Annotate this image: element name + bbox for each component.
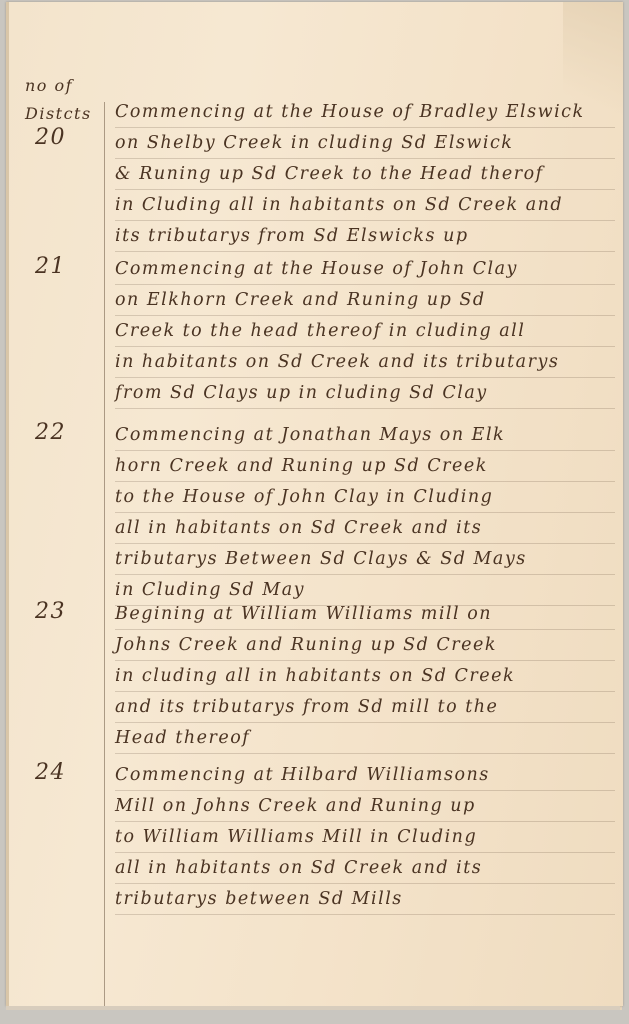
column-header-line-2: Distcts xyxy=(25,100,92,128)
description-line: Begining at William Williams mill on xyxy=(115,599,615,630)
description-line: tributarys Between Sd Clays & Sd Mays xyxy=(115,544,615,575)
description-line: on Elkhorn Creek and Runing up Sd xyxy=(115,285,615,316)
district-description: Commencing at the House of John Clay on … xyxy=(115,254,615,409)
description-line: Head thereof xyxy=(115,723,615,754)
description-line: from Sd Clays up in cluding Sd Clay xyxy=(115,378,615,409)
district-number: 23 xyxy=(35,599,66,624)
description-line: Commencing at the House of Bradley Elswi… xyxy=(115,97,615,128)
district-number: 21 xyxy=(35,254,66,279)
description-line: all in habitants on Sd Creek and its xyxy=(115,853,615,884)
page-bottom-edge xyxy=(6,1006,620,1010)
margin-rule xyxy=(104,102,105,1006)
description-line: tributarys between Sd Mills xyxy=(115,884,615,915)
description-line: on Shelby Creek in cluding Sd Elswick xyxy=(115,128,615,159)
description-line: & Runing up Sd Creek to the Head therof xyxy=(115,159,615,190)
description-line: in cluding all in habitants on Sd Creek xyxy=(115,661,615,692)
description-line: Commencing at Jonathan Mays on Elk xyxy=(115,420,615,451)
description-line: its tributarys from Sd Elswicks up xyxy=(115,221,615,252)
description-line: in habitants on Sd Creek and its tributa… xyxy=(115,347,615,378)
district-number: 24 xyxy=(35,760,66,785)
description-line: and its tributarys from Sd mill to the xyxy=(115,692,615,723)
description-line: to the House of John Clay in Cluding xyxy=(115,482,615,513)
description-line: Commencing at the House of John Clay xyxy=(115,254,615,285)
column-header: no of Distcts xyxy=(25,72,92,128)
district-description: Commencing at Hilbard Williamsons Mill o… xyxy=(115,760,615,915)
description-line: horn Creek and Runing up Sd Creek xyxy=(115,451,615,482)
column-header-line-1: no of xyxy=(25,72,92,100)
district-description: Commencing at the House of Bradley Elswi… xyxy=(115,97,615,252)
district-description: Commencing at Jonathan Mays on Elk horn … xyxy=(115,420,615,606)
description-line: Mill on Johns Creek and Runing up xyxy=(115,791,615,822)
manuscript-page: no of Distcts 20 Commencing at the House… xyxy=(6,2,623,1006)
description-line: Johns Creek and Runing up Sd Creek xyxy=(115,630,615,661)
district-number: 20 xyxy=(35,125,66,150)
description-line: Creek to the head thereof in cluding all xyxy=(115,316,615,347)
description-line: Commencing at Hilbard Williamsons xyxy=(115,760,615,791)
description-line: all in habitants on Sd Creek and its xyxy=(115,513,615,544)
description-line: to William Williams Mill in Cluding xyxy=(115,822,615,853)
district-description: Begining at William Williams mill on Joh… xyxy=(115,599,615,754)
district-number: 22 xyxy=(35,420,66,445)
description-line: in Cluding all in habitants on Sd Creek … xyxy=(115,190,615,221)
